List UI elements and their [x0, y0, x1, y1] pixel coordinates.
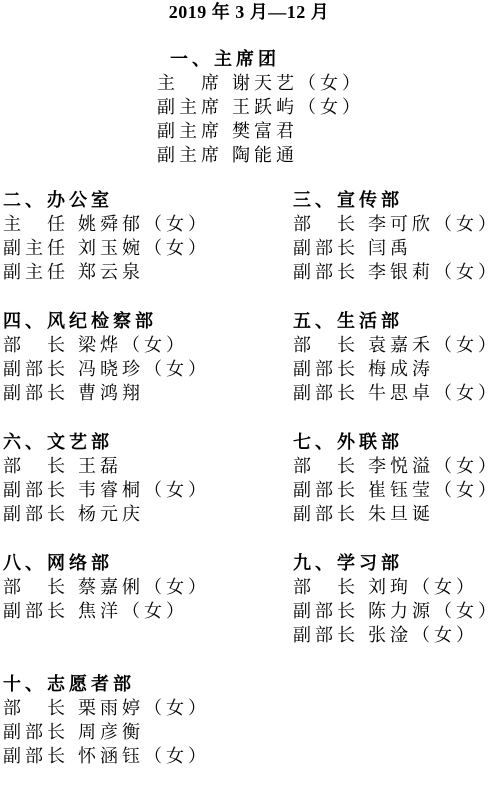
section-heading-publicity: 三、宣传部	[293, 188, 498, 212]
two-column-section-grid: 二、办公室 主 任姚舜郁（女） 副主任刘玉婉（女） 副主任郑云泉 三、宣传部 部…	[0, 188, 498, 788]
section-heading-study: 九、学习部	[293, 551, 498, 575]
member-row: 副主席王跃屿（女）	[157, 95, 498, 119]
section-discipline-inspection: 四、风纪检察部 部 长梁烨（女） 副部长冯晓珍（女） 副部长曹鸿翔	[3, 309, 293, 430]
member-name: 谢天艺（女）	[232, 71, 364, 95]
section-network: 八、网络部 部 长蔡嘉俐（女） 副部长焦洋（女）	[3, 551, 293, 672]
member-name: 栗雨婷（女）	[78, 696, 210, 720]
member-name: 李可欣（女）	[368, 212, 498, 236]
member-role: 部 长	[293, 212, 359, 236]
member-role: 副部长	[3, 357, 69, 381]
member-role: 部 长	[3, 454, 69, 478]
member-role: 副部长	[293, 623, 359, 647]
member-row: 主 任姚舜郁（女）	[3, 212, 293, 236]
member-role: 副主任	[3, 236, 69, 260]
section-heading-volunteer: 十、志愿者部	[3, 672, 293, 696]
member-role: 部 长	[3, 575, 69, 599]
member-row: 部 长梁烨（女）	[3, 333, 293, 357]
section-heading-discipline-inspection: 四、风纪检察部	[3, 309, 293, 333]
member-name: 牛思卓（女）	[368, 381, 498, 405]
member-row: 部 长蔡嘉俐（女）	[3, 575, 293, 599]
member-row: 部 长栗雨婷（女）	[3, 696, 293, 720]
section-study: 九、学习部 部 长刘珣（女） 副部长陈力源（女） 副部长张淦（女）	[293, 551, 498, 672]
member-row: 副部长朱旦诞	[293, 502, 498, 526]
member-row: 副部长焦洋（女）	[3, 599, 293, 623]
section-outreach: 七、外联部 部 长李悦溢（女） 副部长崔钰莹（女） 副部长朱旦诞	[293, 430, 498, 551]
member-role: 副部长	[293, 502, 359, 526]
member-name: 王跃屿（女）	[232, 95, 364, 119]
member-name: 闫禹	[368, 236, 412, 260]
member-name: 朱旦诞	[368, 502, 434, 526]
member-name: 李悦溢（女）	[368, 454, 498, 478]
member-role: 副部长	[293, 478, 359, 502]
member-name: 韦睿桐（女）	[78, 478, 210, 502]
member-role: 副主任	[3, 260, 69, 284]
member-role: 副部长	[3, 502, 69, 526]
member-role: 副部长	[293, 381, 359, 405]
member-row: 部 长李悦溢（女）	[293, 454, 498, 478]
member-row: 副部长李银莉（女）	[293, 260, 498, 284]
member-row: 副主席樊富君	[157, 119, 498, 143]
member-row: 部 长李可欣（女）	[293, 212, 498, 236]
member-name: 刘玉婉（女）	[78, 236, 210, 260]
section-volunteer: 十、志愿者部 部 长栗雨婷（女） 副部长周彦衡 副部长怀涵钰（女）	[3, 672, 293, 788]
member-name: 张淦（女）	[368, 623, 478, 647]
member-role: 副部长	[293, 599, 359, 623]
member-name: 焦洋（女）	[78, 599, 188, 623]
section-heading-presidium: 一、主席团	[170, 47, 498, 71]
section-heading-outreach: 七、外联部	[293, 430, 498, 454]
section-publicity: 三、宣传部 部 长李可欣（女） 副部长闫禹 副部长李银莉（女）	[293, 188, 498, 309]
member-row: 副部长梅成涛	[293, 357, 498, 381]
section-heading-network: 八、网络部	[3, 551, 293, 575]
member-name: 姚舜郁（女）	[78, 212, 210, 236]
member-name: 崔钰莹（女）	[368, 478, 498, 502]
member-name: 周彦衡	[78, 720, 144, 744]
member-role: 主 席	[157, 71, 223, 95]
member-name: 陈力源（女）	[368, 599, 498, 623]
member-role: 部 长	[293, 454, 359, 478]
member-role: 主 任	[3, 212, 69, 236]
member-name: 郑云泉	[78, 260, 144, 284]
member-row: 副部长牛思卓（女）	[293, 381, 498, 405]
member-name: 樊富君	[232, 119, 298, 143]
member-role: 副部长	[293, 260, 359, 284]
section-heading-office: 二、办公室	[3, 188, 293, 212]
section-heading-life: 五、生活部	[293, 309, 498, 333]
document-title: 2019 年 3 月—12 月	[0, 0, 498, 22]
member-role: 副部长	[3, 381, 69, 405]
member-row: 副部长周彦衡	[3, 720, 293, 744]
member-name: 梁烨（女）	[78, 333, 188, 357]
member-role: 副部长	[3, 720, 69, 744]
member-row: 部 长王磊	[3, 454, 293, 478]
member-row: 副部长杨元庆	[3, 502, 293, 526]
section-life: 五、生活部 部 长袁嘉禾（女） 副部长梅成涛 副部长牛思卓（女）	[293, 309, 498, 430]
member-name: 陶能通	[232, 143, 298, 167]
member-role: 副部长	[3, 478, 69, 502]
member-row: 副部长闫禹	[293, 236, 498, 260]
member-row: 部 长袁嘉禾（女）	[293, 333, 498, 357]
member-row: 副部长崔钰莹（女）	[293, 478, 498, 502]
member-name: 怀涵钰（女）	[78, 744, 210, 768]
member-row: 副主席陶能通	[157, 143, 498, 167]
member-name: 梅成涛	[368, 357, 434, 381]
member-row: 副主任郑云泉	[3, 260, 293, 284]
member-role: 部 长	[3, 333, 69, 357]
member-role: 副部长	[293, 357, 359, 381]
member-role: 部 长	[3, 696, 69, 720]
member-role: 部 长	[293, 575, 359, 599]
member-row: 副部长陈力源（女）	[293, 599, 498, 623]
member-name: 曹鸿翔	[78, 381, 144, 405]
member-role: 部 长	[293, 333, 359, 357]
member-name: 袁嘉禾（女）	[368, 333, 498, 357]
member-row: 副部长韦睿桐（女）	[3, 478, 293, 502]
member-name: 王磊	[78, 454, 122, 478]
section-office: 二、办公室 主 任姚舜郁（女） 副主任刘玉婉（女） 副主任郑云泉	[3, 188, 293, 309]
member-name: 刘珣（女）	[368, 575, 478, 599]
member-name: 冯晓珍（女）	[78, 357, 210, 381]
member-row: 副部长张淦（女）	[293, 623, 498, 647]
member-row: 副部长曹鸿翔	[3, 381, 293, 405]
section-presidium: 一、主席团 主 席谢天艺（女） 副主席王跃屿（女） 副主席樊富君 副主席陶能通	[0, 47, 498, 167]
member-role: 副部长	[3, 599, 69, 623]
document-page: 2019 年 3 月—12 月 一、主席团 主 席谢天艺（女） 副主席王跃屿（女…	[0, 0, 498, 788]
member-role: 副主席	[157, 95, 223, 119]
member-row: 主 席谢天艺（女）	[157, 71, 498, 95]
member-role: 副主席	[157, 119, 223, 143]
member-name: 李银莉（女）	[368, 260, 498, 284]
member-row: 副主任刘玉婉（女）	[3, 236, 293, 260]
section-heading-arts: 六、文艺部	[3, 430, 293, 454]
member-role: 副部长	[293, 236, 359, 260]
member-role: 副部长	[3, 744, 69, 768]
member-name: 蔡嘉俐（女）	[78, 575, 210, 599]
member-row: 副部长怀涵钰（女）	[3, 744, 293, 768]
member-role: 副主席	[157, 143, 223, 167]
section-arts: 六、文艺部 部 长王磊 副部长韦睿桐（女） 副部长杨元庆	[3, 430, 293, 551]
member-name: 杨元庆	[78, 502, 144, 526]
member-row: 副部长冯晓珍（女）	[3, 357, 293, 381]
member-row: 部 长刘珣（女）	[293, 575, 498, 599]
